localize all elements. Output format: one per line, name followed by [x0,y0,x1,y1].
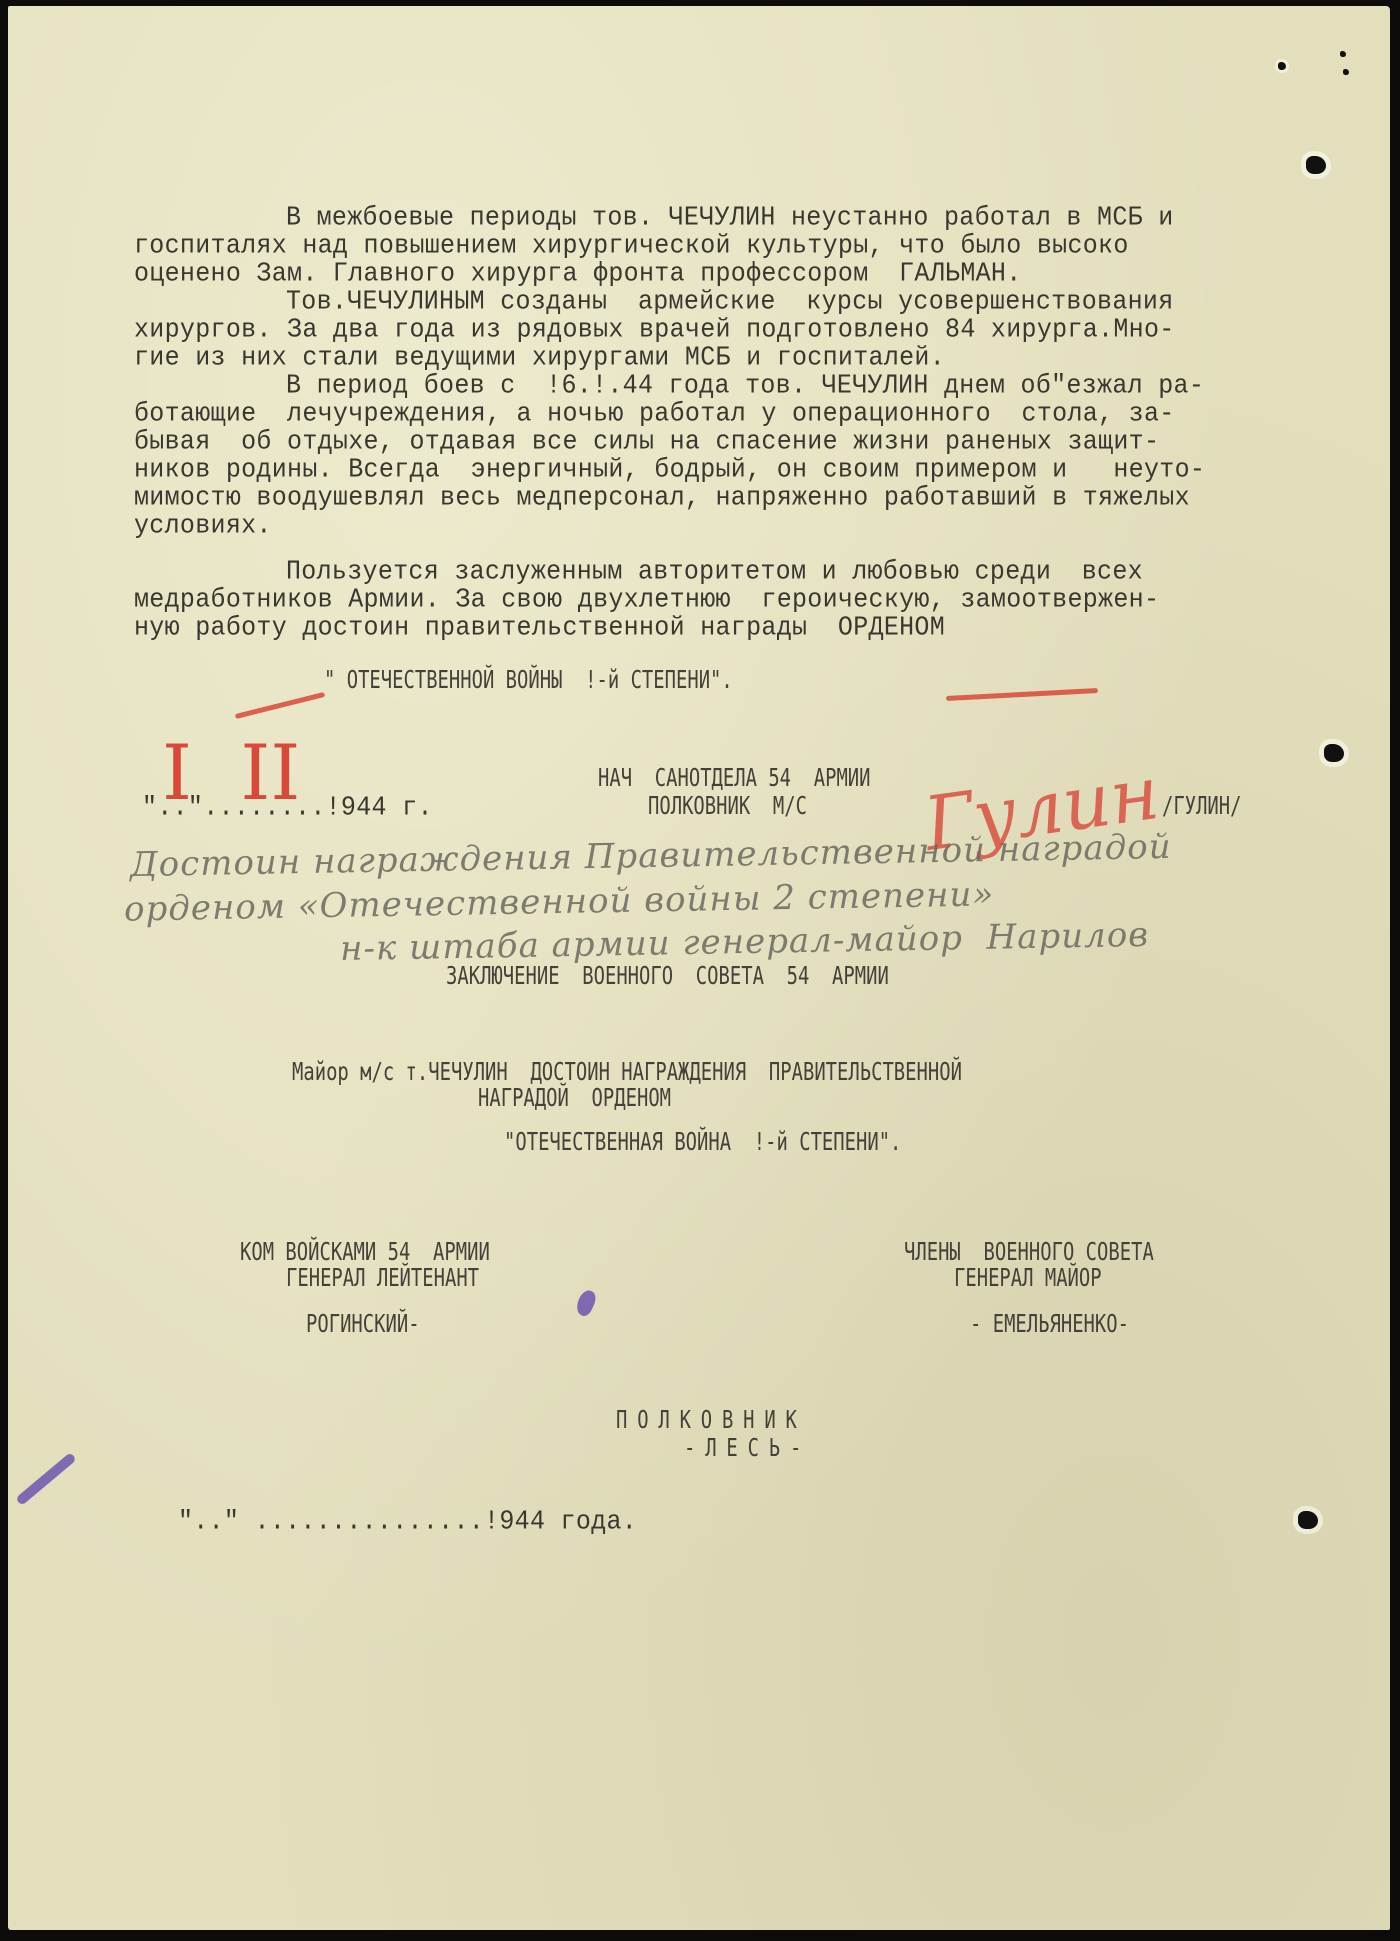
purple-ink-stroke [15,1452,77,1506]
pin-holes-corner [1343,69,1349,75]
signature-right-line-2: ГЕНЕРАЛ МАЙОР [954,1264,1102,1293]
paragraph-2-line-1: Тов.ЧЕЧУЛИНЫМ созданы армейские курсы ус… [286,286,1174,317]
signature-right-line-1: ЧЛЕНЫ ВОЕННОГО СОВЕТА [904,1238,1154,1267]
final-date: ".." ...............!944 года. [178,1506,637,1537]
paragraph-4-line-3: ную работу достоин правительственной наг… [134,612,945,643]
bottom-signature-name: -ЛЕСЬ- [684,1434,811,1463]
paragraph-3-line-2: ботающие лечучреждения, а ночью работал … [134,398,1175,429]
paragraph-2-line-2: хирургов. За два года из рядовых врачей … [134,314,1175,345]
handwritten-resolution-line-1: Достоин награждения Правительственной на… [130,827,1172,885]
paragraph-1-line-3: оценено Зам. Главного хирурга фронта про… [134,258,1022,289]
signature-right-name: - ЕМЕЛЬЯНЕНКО- [970,1310,1129,1339]
conclusion-heading: ЗАКЛЮЧЕНИЕ ВОЕННОГО СОВЕТА 54 АРМИИ [446,962,889,991]
signature-left-name: РОГИНСКИЙ- [306,1310,420,1339]
signature-left-line-1: КОМ ВОЙСКАМИ 54 АРМИИ [240,1238,490,1267]
punch-hole-middle-right [1324,744,1344,762]
red-pencil-stroke [235,692,325,719]
conclusion-line-3: "ОТЕЧЕСТВЕННАЯ ВОЙНА !-й СТЕПЕНИ". [504,1128,901,1157]
paragraph-1-line-1: В межбоевые периоды тов. ЧЕЧУЛИН неустан… [286,202,1174,233]
paragraph-4-line-2: медработников Армии. За свою двухлетнюю … [134,584,1159,615]
pin-holes-corner [1278,62,1286,70]
paragraph-2-line-3: гие из них стали ведущими хирургами МСБ … [134,342,945,373]
paragraph-3-line-6: условиях. [134,510,272,541]
purple-ink-blot [573,1288,598,1318]
red-pencil-underline [946,688,1098,701]
punch-hole-lower-right [1298,1511,1318,1529]
paragraph-3-line-3: бывая об отдыхе, отдавая все силы на спа… [134,426,1159,457]
paragraph-3-line-5: мимостю воодушевлял весь медперсонал, на… [134,482,1190,513]
signoff-date: ".."........!944 г. [142,792,433,823]
paragraph-4-line-1: Пользуется заслуженным авторитетом и люб… [286,556,1143,587]
paragraph-3-line-4: ников родины. Всегда энергичный, бодрый,… [134,454,1205,485]
conclusion-line-2: НАГРАДОЙ ОРДЕНОМ [478,1084,671,1113]
pin-holes-corner [1340,51,1346,57]
signatory-1-title-line-1: НАЧ САНОТДЕЛА 54 АРМИИ [598,764,871,793]
conclusion-line-1: Майор м/с т.ЧЕЧУЛИН ДОСТОИН НАГРАЖДЕНИЯ … [292,1058,962,1087]
signatory-1-title-line-2: ПОЛКОВНИК М/С [648,792,807,821]
archival-document-page: В межбоевые периоды тов. ЧЕЧУЛИН неустан… [8,6,1390,1930]
paragraph-3-line-1: В период боев с !6.!.44 года тов. ЧЕЧУЛИ… [286,370,1204,401]
paragraph-1-line-2: госпиталях над повышением хирургической … [134,230,1129,261]
bottom-signature-rank: ПОЛКОВНИК [616,1406,807,1435]
signatory-1-name: /ГУЛИН/ [1162,792,1241,821]
punch-hole-top-right [1306,156,1326,174]
award-line: " ОТЕЧЕСТВЕННОЙ ВОЙНЫ !-й СТЕПЕНИ". [324,666,733,695]
signature-left-line-2: ГЕНЕРАЛ ЛЕЙТЕНАНТ [286,1264,479,1293]
